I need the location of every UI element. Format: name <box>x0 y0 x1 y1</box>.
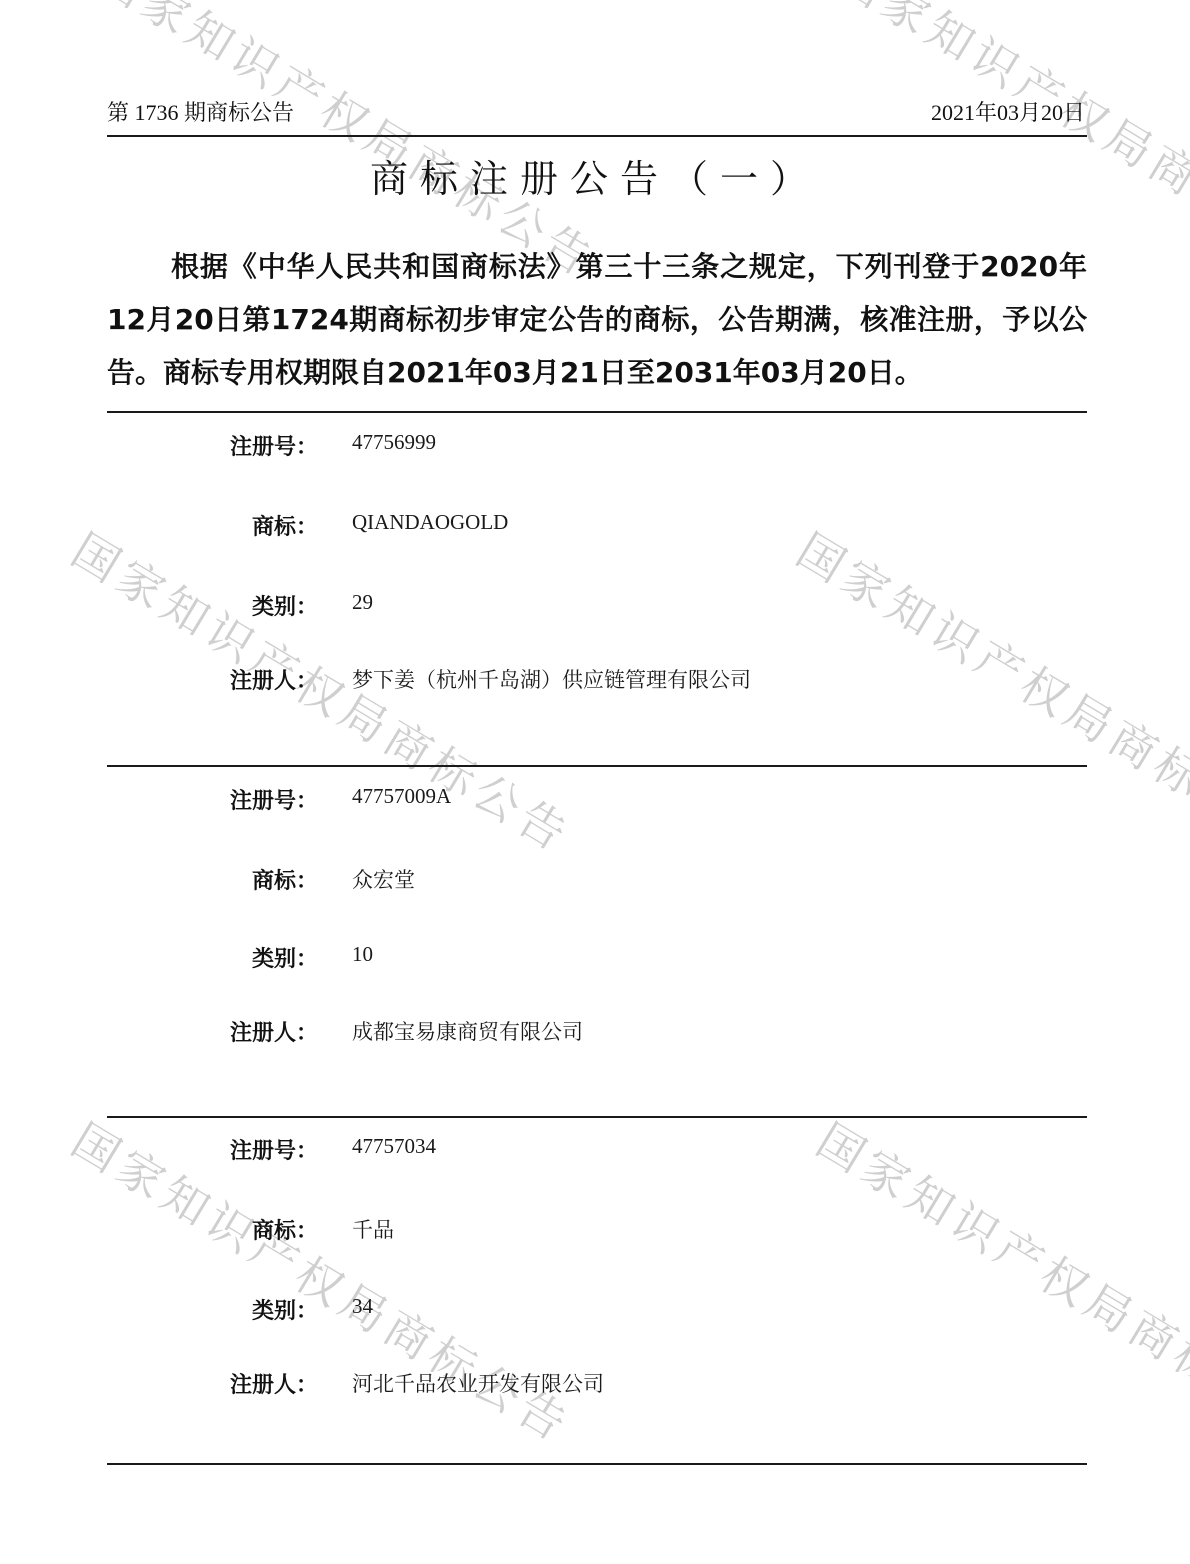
registrant-label: 注册人： <box>138 1016 318 1047</box>
page-title: 商标注册公告（一） <box>0 148 1190 203</box>
section-divider <box>107 1463 1087 1465</box>
header-divider <box>107 135 1087 137</box>
class-value: 29 <box>352 590 373 615</box>
entry-mark-row: 商标： QIANDAOGOLD <box>0 510 1190 546</box>
class-label: 类别： <box>138 942 318 973</box>
section-divider <box>107 1116 1087 1118</box>
entry-registrant-row: 注册人： 河北千品农业开发有限公司 <box>0 1368 1190 1404</box>
mark-value: QIANDAOGOLD <box>352 510 508 535</box>
mark-label: 商标： <box>138 510 318 541</box>
section-divider <box>107 765 1087 767</box>
entry-class-row: 类别： 34 <box>0 1294 1190 1330</box>
registrant-label: 注册人： <box>138 664 318 695</box>
reg-no-label: 注册号： <box>138 1134 318 1165</box>
registrant-value: 梦下姜（杭州千岛湖）供应链管理有限公司 <box>352 664 751 694</box>
issue-date: 2021年03月20日 <box>931 96 1085 127</box>
registrant-value: 成都宝易康商贸有限公司 <box>352 1016 583 1046</box>
mark-label: 商标： <box>138 1214 318 1245</box>
mark-label: 商标： <box>138 864 318 895</box>
entry-registrant-row: 注册人： 成都宝易康商贸有限公司 <box>0 1016 1190 1052</box>
registrant-value: 河北千品农业开发有限公司 <box>352 1368 604 1398</box>
entry-class-row: 类别： 29 <box>0 590 1190 626</box>
class-label: 类别： <box>138 1294 318 1325</box>
reg-no-value: 47757034 <box>352 1134 436 1159</box>
mark-value: 千品 <box>352 1214 394 1244</box>
entry-reg-no-row: 注册号： 47756999 <box>0 430 1190 466</box>
mark-value: 众宏堂 <box>352 864 415 894</box>
reg-no-label: 注册号： <box>138 784 318 815</box>
issue-number: 第 1736 期商标公告 <box>107 96 294 127</box>
entry-mark-row: 商标： 千品 <box>0 1214 1190 1250</box>
class-value: 34 <box>352 1294 373 1319</box>
class-value: 10 <box>352 942 373 967</box>
reg-no-value: 47756999 <box>352 430 436 455</box>
intro-paragraph: 根据《中华人民共和国商标法》第三十三条之规定，下列刊登于2020年12月20日第… <box>107 240 1087 399</box>
entry-class-row: 类别： 10 <box>0 942 1190 978</box>
reg-no-value: 47757009A <box>352 784 451 809</box>
class-label: 类别： <box>138 590 318 621</box>
entry-registrant-row: 注册人： 梦下姜（杭州千岛湖）供应链管理有限公司 <box>0 664 1190 700</box>
registrant-label: 注册人： <box>138 1368 318 1399</box>
reg-no-label: 注册号： <box>138 430 318 461</box>
entry-mark-row: 商标： 众宏堂 <box>0 864 1190 900</box>
entry-reg-no-row: 注册号： 47757034 <box>0 1134 1190 1170</box>
section-divider <box>107 411 1087 413</box>
entry-reg-no-row: 注册号： 47757009A <box>0 784 1190 820</box>
